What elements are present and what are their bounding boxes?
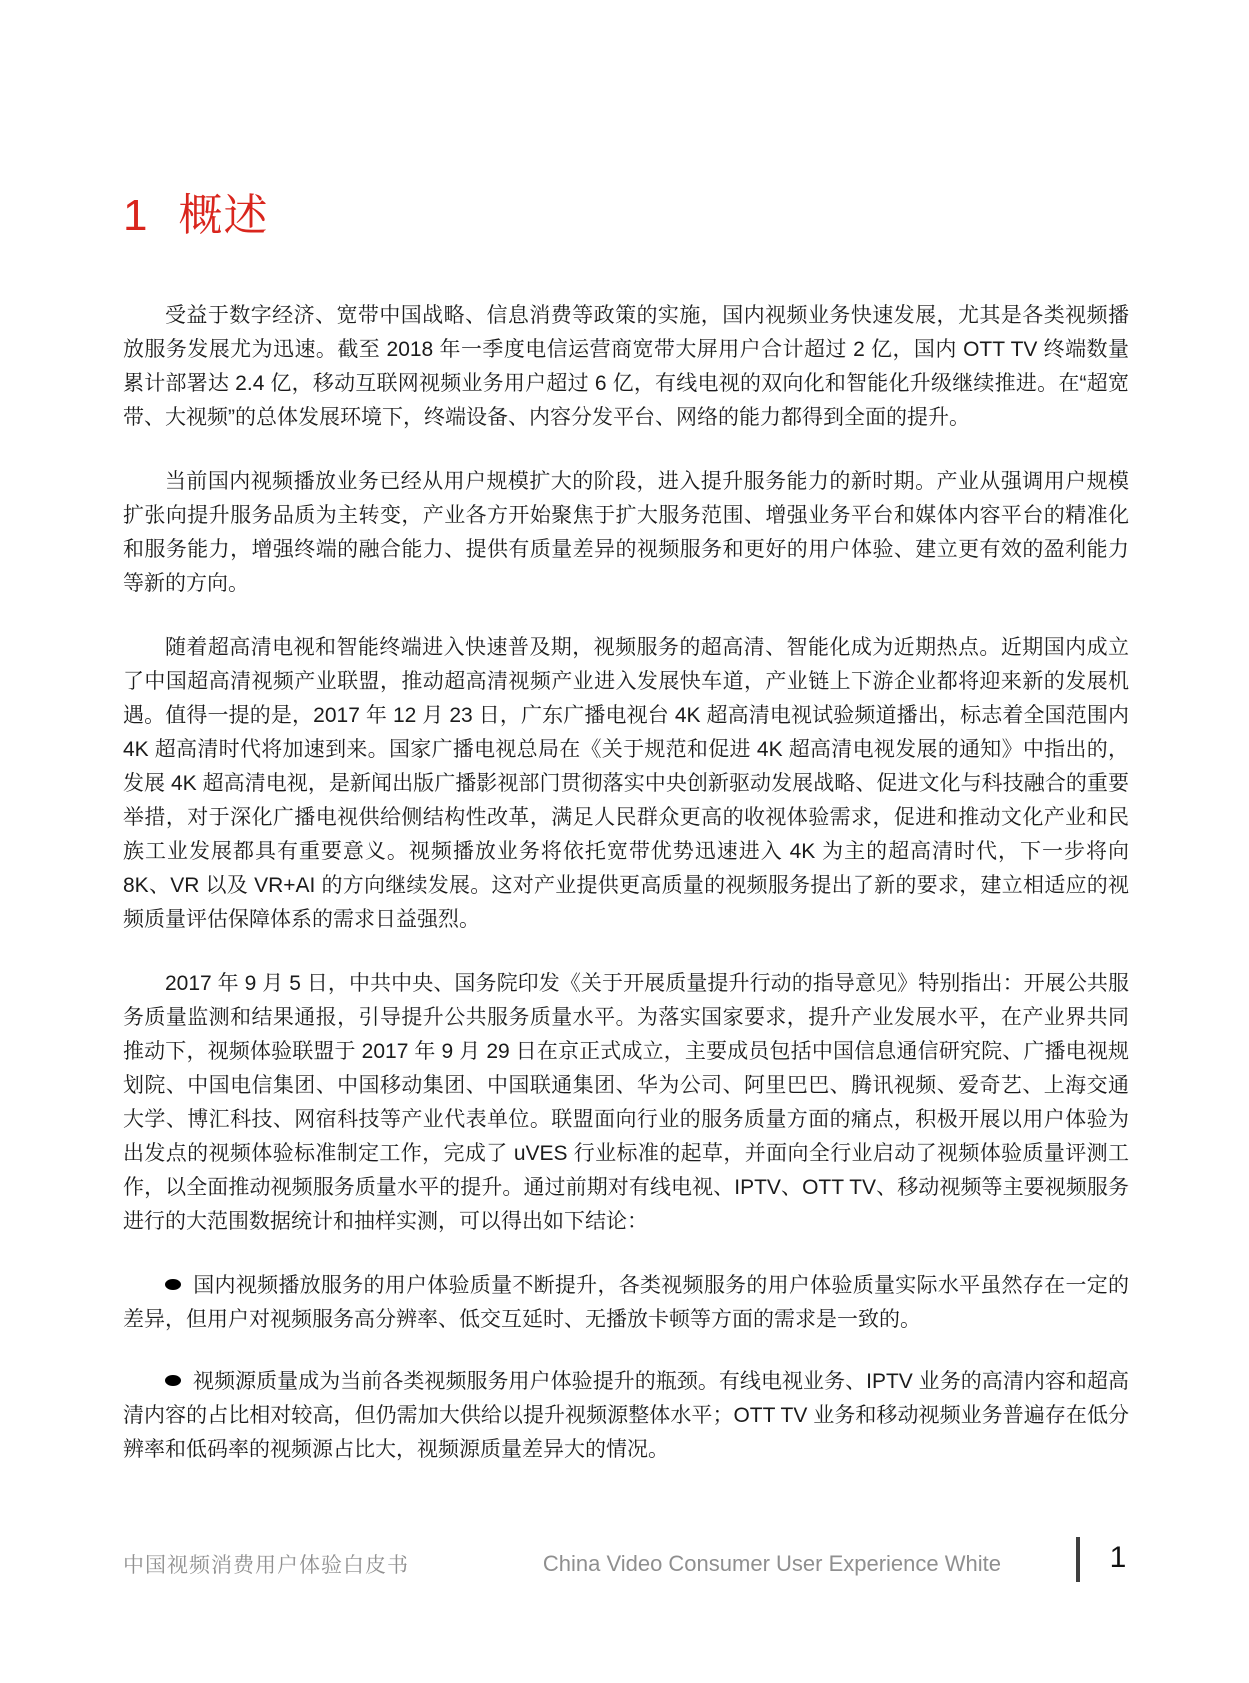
chapter-number: 1 <box>123 191 148 240</box>
bullet-item-1: 国内视频播放服务的用户体验质量不断提升，各类视频服务的用户体验质量实际水平虽然存… <box>123 1269 1129 1337</box>
bullet-icon <box>165 1375 181 1386</box>
bullet-text-1: 国内视频播放服务的用户体验质量不断提升，各类视频服务的用户体验质量实际水平虽然存… <box>123 1274 1129 1331</box>
paragraph-3: 随着超高清电视和智能终端进入快速普及期，视频服务的超高清、智能化成为近期热点。近… <box>123 631 1129 937</box>
paragraph-2: 当前国内视频播放业务已经从用户规模扩大的阶段，进入提升服务能力的新时期。产业从强… <box>123 465 1129 601</box>
chapter-heading: 1概述 <box>123 190 1129 243</box>
bullet-icon <box>165 1279 181 1290</box>
footer-title-zh: 中国视频消费用户体验白皮书 <box>123 1549 409 1579</box>
paragraph-1: 受益于数字经济、宽带中国战略、信息消费等政策的实施，国内视频业务快速发展，尤其是… <box>123 299 1129 435</box>
bullet-text-2: 视频源质量成为当前各类视频服务用户体验提升的瓶颈。有线电视业务、IPTV 业务的… <box>123 1370 1129 1461</box>
body-text: 受益于数字经济、宽带中国战略、信息消费等政策的实施，国内视频业务快速发展，尤其是… <box>123 299 1129 1467</box>
page-content: 1概述 受益于数字经济、宽带中国战略、信息消费等政策的实施，国内视频业务快速发展… <box>123 190 1129 1495</box>
footer-divider <box>1076 1537 1080 1582</box>
chapter-title: 概述 <box>178 191 268 240</box>
document-page: 1概述 受益于数字经济、宽带中国战略、信息消费等政策的实施，国内视频业务快速发展… <box>0 0 1249 1683</box>
bullet-item-2: 视频源质量成为当前各类视频服务用户体验提升的瓶颈。有线电视业务、IPTV 业务的… <box>123 1365 1129 1467</box>
paragraph-4: 2017 年 9 月 5 日，中共中央、国务院印发《关于开展质量提升行动的指导意… <box>123 967 1129 1239</box>
footer-title-en: China Video Consumer User Experience Whi… <box>543 1551 1001 1577</box>
page-number: 1 <box>1096 1541 1140 1575</box>
